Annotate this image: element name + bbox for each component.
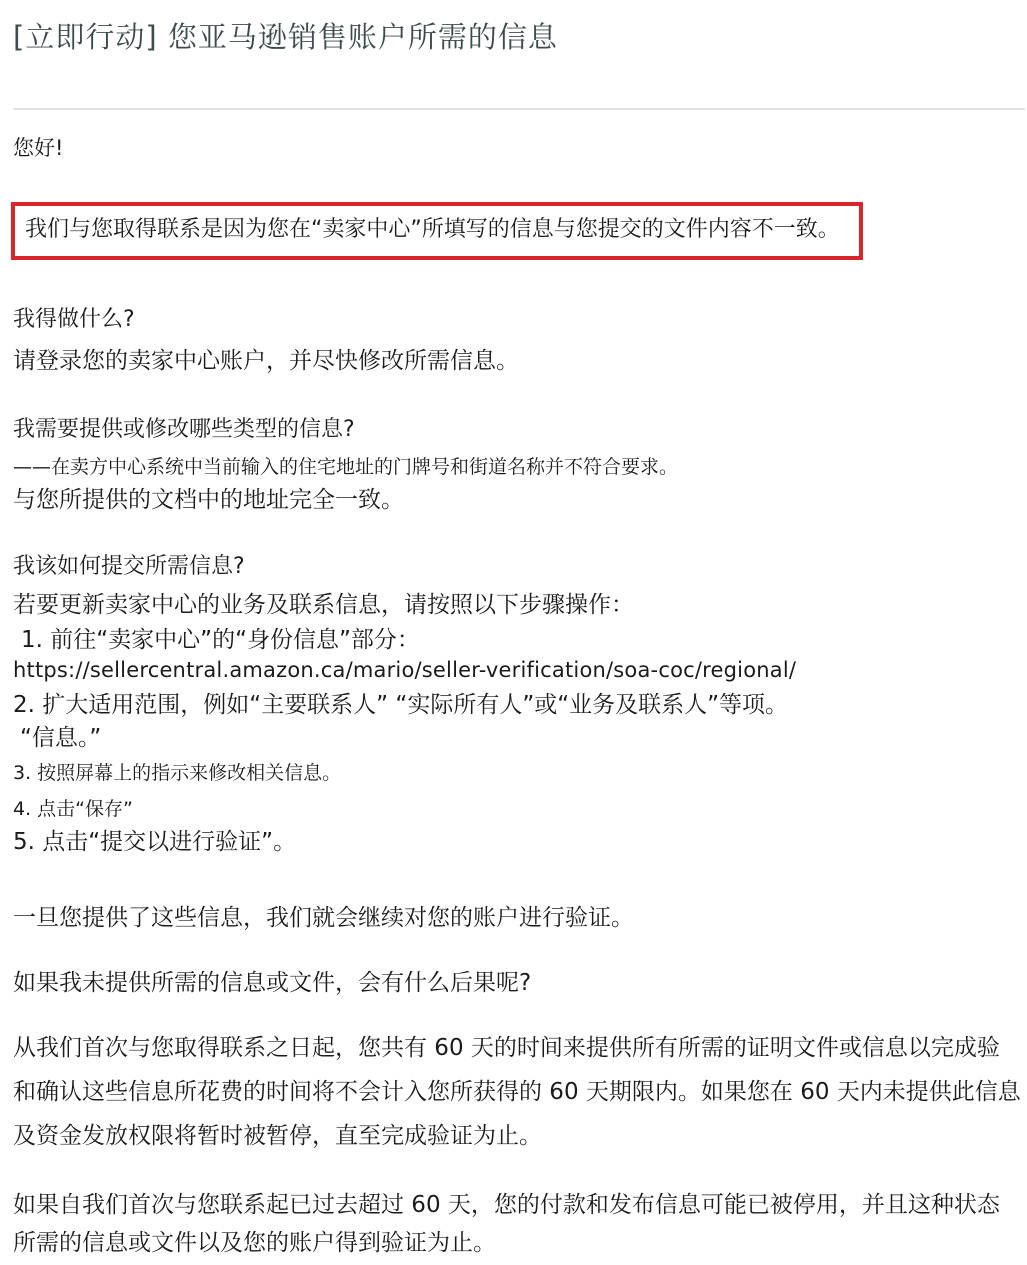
step-follow-prompts: 3. 按照屏幕上的指示来修改相关信息。 (13, 761, 1027, 787)
divider (13, 108, 1025, 110)
email-subject: [立即行动] 您亚马逊销售账户所需的信息 (13, 15, 1027, 56)
step-info-quote: “信息。” (13, 723, 1027, 754)
email-body: [立即行动] 您亚马逊销售账户所需的信息 您好! 我们与您取得联系是因为您在“卖… (0, 15, 1027, 1262)
overdue-line: 所需的信息或文件以及您的账户得到验证为止。 (13, 1224, 1027, 1262)
overdue-line: 如果自我们首次与您联系起已过去超过 60 天，您的付款和发布信息可能已被停用，并… (13, 1186, 1027, 1224)
step-goto-identity: 1. 前往“卖家中心”的“身份信息”部分： (13, 625, 1027, 656)
deadline-line: 和确认这些信息所花费的时间将不会计入您所获得的 60 天期限内。如果您在 60 … (13, 1070, 1027, 1114)
alert-box: 我们与您取得联系是因为您在“卖家中心”所填写的信息与您提交的文件内容不一致。 (11, 202, 863, 260)
required-info-body: 与您所提供的文档中的地址完全一致。 (13, 485, 1027, 516)
alert-text: 我们与您取得联系是因为您在“卖家中心”所填写的信息与您提交的文件内容不一致。 (25, 217, 840, 242)
required-info-note: ——在卖方中心系统中当前输入的住宅地址的门牌号和街道名称并不符合要求。 (13, 455, 1027, 481)
what-to-do-body: 请登录您的卖家中心账户，并尽快修改所需信息。 (13, 346, 1027, 377)
step-submit-verify: 5. 点击“提交以进行验证”。 (13, 827, 1027, 858)
consequence-question: 如果我未提供所需的信息或文件，会有什么后果呢? (13, 968, 1027, 999)
how-to-submit-intro: 若要更新卖家中心的业务及联系信息，请按照以下步骤操作： (13, 590, 1027, 621)
deadline-line: 从我们首次与您取得联系之日起，您共有 60 天的时间来提供所有所需的证明文件或信… (13, 1026, 1027, 1070)
seller-central-url: https://sellercentral.amazon.ca/mario/se… (13, 657, 1027, 684)
step-expand-scope: 2. 扩大适用范围，例如“主要联系人” “实际所有人”或“业务及联系人”等项。 (13, 690, 1027, 721)
heading-required-info: 我需要提供或修改哪些类型的信息? (13, 415, 1027, 445)
overdue-paragraph: 如果自我们首次与您联系起已过去超过 60 天，您的付款和发布信息可能已被停用，并… (13, 1186, 1027, 1262)
step-click-save: 4. 点击“保存” (13, 797, 1027, 823)
after-submit-text: 一旦您提供了这些信息，我们就会继续对您的账户进行验证。 (13, 903, 1027, 934)
heading-what-to-do: 我得做什么? (13, 305, 1027, 335)
deadline-paragraph: 从我们首次与您取得联系之日起，您共有 60 天的时间来提供所有所需的证明文件或信… (13, 1026, 1027, 1158)
deadline-line: 及资金发放权限将暂时被暂停，直至完成验证为止。 (13, 1114, 1027, 1158)
heading-how-to-submit: 我该如何提交所需信息? (13, 552, 1027, 582)
greeting: 您好! (13, 132, 1027, 162)
